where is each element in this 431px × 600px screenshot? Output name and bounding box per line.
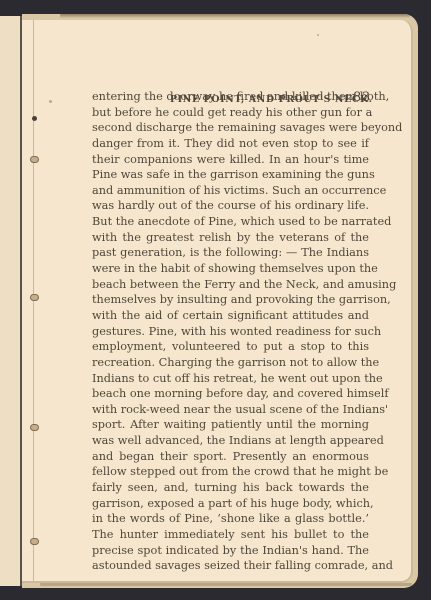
text-line: Pine was safe in the garrison examining … bbox=[92, 167, 369, 183]
binding-stitch-icon bbox=[30, 156, 39, 163]
binding-hole-icon bbox=[32, 116, 37, 121]
body-text: entering the doorway he fired and killed… bbox=[92, 89, 369, 574]
text-line: past generation, is the following: — The… bbox=[92, 245, 369, 261]
text-line: second discharge the remaining savages w… bbox=[92, 120, 369, 136]
binding-stitch-icon bbox=[30, 294, 39, 301]
text-line: and ammunition of his victims. Such an o… bbox=[92, 183, 369, 199]
text-line: was well advanced, the Indians at length… bbox=[92, 433, 369, 449]
page-top-edge bbox=[60, 14, 410, 18]
paper-foxing-spot bbox=[317, 34, 319, 36]
text-line: were in the habit of showing themselves … bbox=[92, 261, 369, 277]
text-line: sport. After waiting patiently until the… bbox=[92, 417, 369, 433]
page-bottom-edge bbox=[40, 583, 412, 586]
text-line: employment, volunteered to put a stop to… bbox=[92, 339, 369, 355]
facing-page-edge bbox=[0, 16, 21, 586]
text-line: their companions were killed. In an hour… bbox=[92, 152, 369, 168]
text-line: fellow stepped out from the crowd that h… bbox=[92, 464, 369, 480]
paper-foxing-spot bbox=[49, 100, 52, 103]
text-line: and began their sport. Presently an enor… bbox=[92, 449, 369, 465]
text-line: danger from it. They did not even stop t… bbox=[92, 136, 369, 152]
text-line: beach between the Ferry and the Neck, an… bbox=[92, 277, 369, 293]
binding-stitch-icon bbox=[30, 538, 39, 545]
binding-stitch-icon bbox=[30, 424, 39, 431]
text-line: garrison, exposed a part of his huge bod… bbox=[92, 496, 369, 512]
text-line: with the aid of certain significant atti… bbox=[92, 308, 369, 324]
text-line: entering the doorway he fired and killed… bbox=[92, 89, 369, 105]
text-line: themselves by insulting and provoking th… bbox=[92, 292, 369, 308]
text-line: precise spot indicated by the Indian's h… bbox=[92, 543, 369, 559]
text-line: in the words of Pine, ‘shone like a glas… bbox=[92, 511, 369, 527]
text-line: fairly seen, and, turning his back towar… bbox=[92, 480, 369, 496]
text-line: The hunter immediately sent his bullet t… bbox=[92, 527, 369, 543]
text-line: astounded savages seized their falling c… bbox=[92, 558, 369, 574]
text-line: was hardly out of the course of his ordi… bbox=[92, 198, 369, 214]
text-line: beach one morning before day, and covere… bbox=[92, 386, 369, 402]
text-line: with the greatest relish by the veterans… bbox=[92, 230, 369, 246]
text-line: gestures. Pine, with his wonted readines… bbox=[92, 324, 369, 340]
text-line: But the anecdote of Pine, which used to … bbox=[92, 214, 369, 230]
text-line: but before he could get ready his other … bbox=[92, 105, 369, 121]
text-line: with rock-weed near the usual scene of t… bbox=[92, 402, 369, 418]
text-line: Indians to cut off his retreat, he went … bbox=[92, 371, 369, 387]
text-line: recreation. Charging the garrison not to… bbox=[92, 355, 369, 371]
